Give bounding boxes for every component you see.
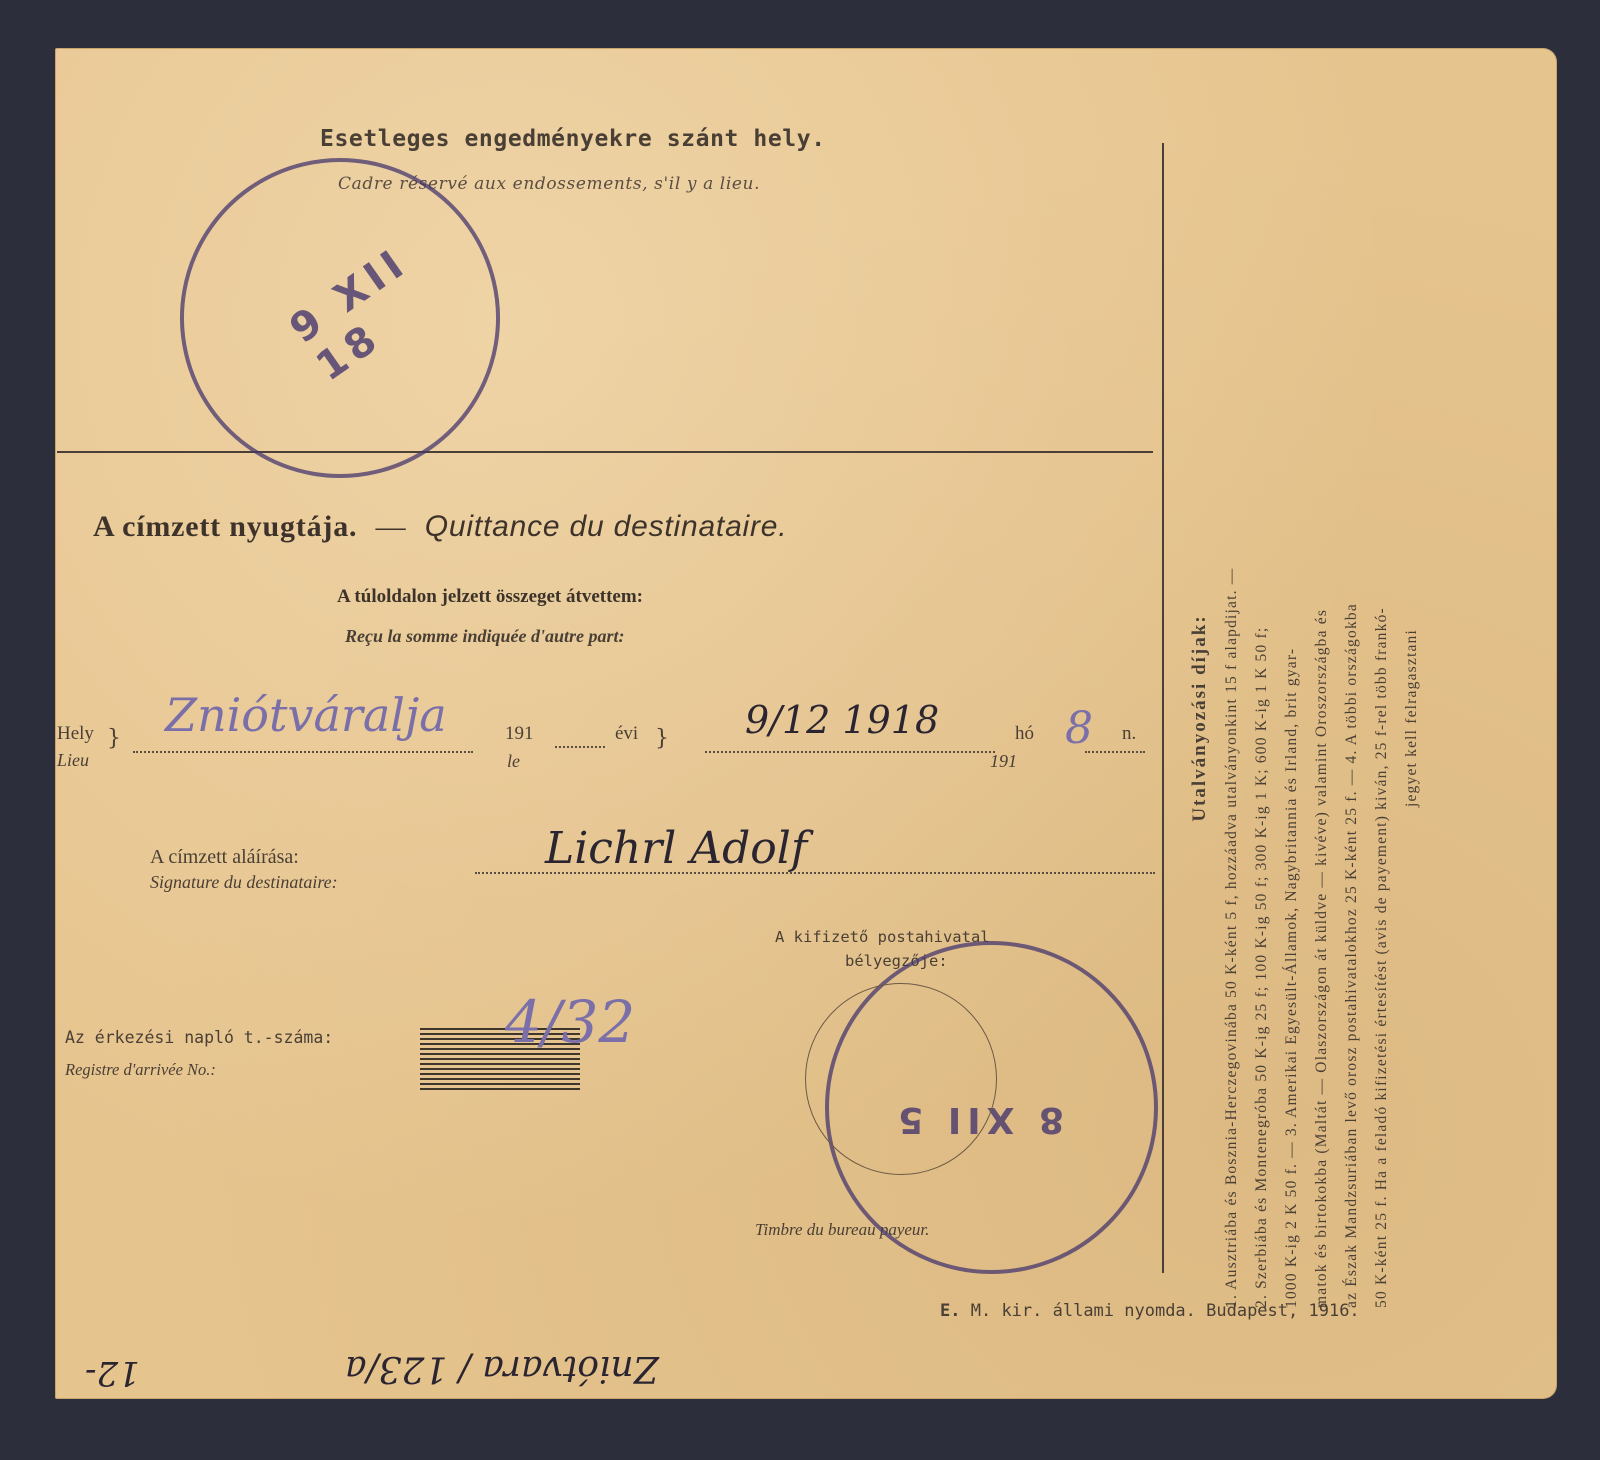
bottom-note-middle: Zniótvara / 123/a <box>345 1348 659 1389</box>
place-label-hu: Hely <box>57 723 94 745</box>
top-postmark-stamp: 9 XII 18 <box>117 95 563 541</box>
tariff-line: matok és birtokokba (Maltát — Olaszorszá… <box>1307 128 1337 1308</box>
year-prefix: 191 <box>505 723 534 745</box>
registry-label-fr: Registre d'arrivée No.: <box>65 1060 216 1080</box>
place-dotted-line <box>133 751 473 753</box>
place-brace: } <box>107 726 121 751</box>
registry-label-hu: Az érkezési napló t.-száma: <box>65 1028 333 1047</box>
tariff-line: 1. Ausztriába és Bosznia-Herczegovinába … <box>1217 128 1247 1308</box>
tariff-line: 2. Szerbiába és Montenegróba 50 K-ig 25 … <box>1247 128 1277 1308</box>
payer-stamp-label-hu-1: A kifizető postahivatal <box>775 928 990 946</box>
n-label: n. <box>1122 723 1136 745</box>
receipt-heading: A címzett nyugtája. — Quittance du desti… <box>93 510 787 544</box>
le-label: le <box>507 751 520 772</box>
stamp-outline-circle <box>805 983 997 1175</box>
side-column-divider <box>1162 143 1164 1273</box>
top-postmark-date: 9 XII 18 <box>282 199 500 390</box>
year-suffix-dotted-line <box>1085 751 1145 753</box>
tariff-title: Utalványozási díjak: <box>1185 128 1215 1308</box>
evi-label: évi <box>615 723 638 745</box>
tariff-side-panel: Utalványozási díjak: 1. Ausztriába és Bo… <box>1185 128 1427 1308</box>
place-label-fr: Lieu <box>57 750 89 771</box>
tariff-line: 50 K-ként 25 f. Ha a feladó kifizetési é… <box>1367 128 1397 1308</box>
place-handwritten: Zniótváralja <box>165 688 447 742</box>
ho-label: hó <box>1015 723 1034 745</box>
received-statement-hu: A túloldalon jelzett összeget átvettem: <box>337 586 643 608</box>
year-suffix-handwritten: 8 <box>1065 703 1093 754</box>
receipt-heading-hu: A címzett nyugtája. <box>93 510 357 543</box>
received-statement-fr: Reçu la somme indiquée d'autre part: <box>345 626 625 647</box>
date-dotted-line <box>705 751 995 753</box>
year-prefix-fr: 191 <box>990 751 1017 772</box>
printer-imprint-letter: E. <box>940 1301 960 1321</box>
endorsement-title-hu: Esetleges engedményekre szánt hely. <box>320 126 826 152</box>
section-divider <box>57 451 1153 453</box>
money-order-receipt-sheet: Esetleges engedményekre szánt hely. Cadr… <box>55 48 1557 1399</box>
bottom-note-left: 12- <box>85 1353 140 1393</box>
year-dotted-line <box>555 746 605 748</box>
receipt-heading-fr: Quittance du destinataire. <box>425 510 788 543</box>
date-handwritten: 9/12 1918 <box>745 698 939 742</box>
receipt-heading-sep: — <box>376 510 407 543</box>
tariff-line: jegyet kell felragasztani <box>1397 128 1427 1308</box>
signature-label-fr: Signature du destinataire: <box>150 872 338 893</box>
signature-label-hu: A címzett aláírása: <box>150 846 299 869</box>
tariff-line: az Észak Mandzsuriában levő orosz postah… <box>1337 128 1367 1308</box>
tariff-line: 1000 K-ig 2 K 50 f. — 3. Amerikai Egyesü… <box>1277 128 1307 1308</box>
signature-handwritten: Lichrl Adolf <box>545 823 807 874</box>
registry-handwritten: 4/32 <box>505 988 635 1056</box>
date-brace: } <box>655 726 669 751</box>
